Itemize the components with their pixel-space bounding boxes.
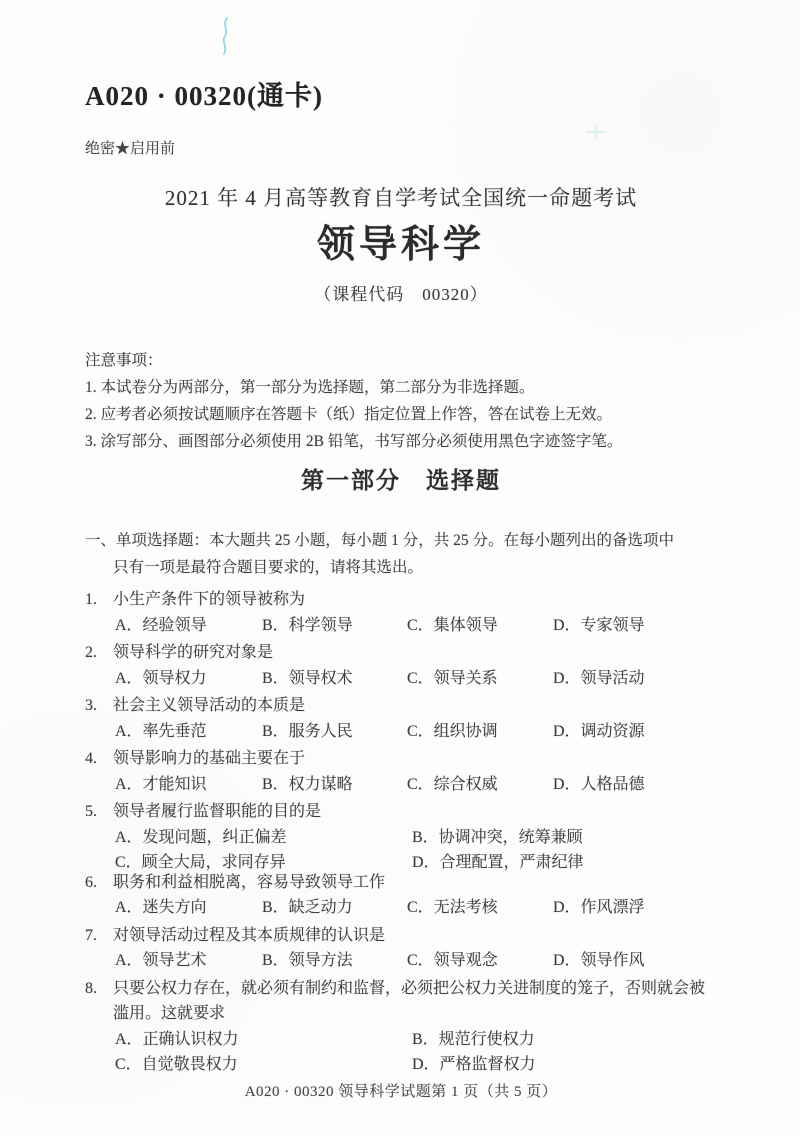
notice-item: 1. 本试卷分为两部分，第一部分为选择题，第二部分为非选择题。 bbox=[85, 374, 717, 401]
question-number: 6. bbox=[85, 870, 97, 896]
option: D．领导活动 bbox=[553, 666, 717, 691]
question-stem-row: 3.社会主义领导活动的本质是 bbox=[85, 693, 717, 719]
option: A．发现问题，纠正偏差 bbox=[115, 825, 412, 850]
option: D．调动资源 bbox=[553, 719, 717, 744]
question-number: 4. bbox=[85, 746, 97, 772]
notices-heading: 注意事项： bbox=[85, 347, 717, 374]
question-stem-row: 7.对领导活动过程及其本质规律的认识是 bbox=[85, 923, 717, 949]
option: C．领导关系 bbox=[407, 666, 553, 691]
subject-title: 领导科学 bbox=[85, 219, 717, 271]
questions-list: 1.小生产条件下的领导被称为A．经验领导B．科学领导C．集体领导D．专家领导2.… bbox=[85, 587, 717, 1077]
page-content: A020 · 00320(通卡) 绝密★启用前 2021 年 4 月高等教育自学… bbox=[85, 78, 717, 1101]
option: B．权力谋略 bbox=[262, 772, 407, 797]
question: 3.社会主义领导活动的本质是A．率先垂范B．服务人民C．组织协调D．调动资源 bbox=[85, 693, 717, 744]
options-row: A．领导艺术B．领导方法C．领导观念D．领导作风 bbox=[85, 948, 717, 973]
question-number: 8. bbox=[85, 976, 97, 1002]
option: C．无法考核 bbox=[407, 895, 553, 920]
page-footer: A020 · 00320 领导科学试题第 1 页（共 5 页） bbox=[85, 1080, 717, 1101]
notice-item: 3. 涂写部分、画图部分必须使用 2B 铅笔，书写部分必须使用黑色字迹签字笔。 bbox=[85, 428, 717, 455]
pen-scribble-icon bbox=[218, 16, 234, 56]
options-row: A．才能知识B．权力谋略C．综合权威D．人格品德 bbox=[85, 772, 717, 797]
question-stem: 小生产条件下的领导被称为 bbox=[113, 591, 305, 608]
question-stem: 只要公权力存在，就必须有制约和监督，必须把公权力关进制度的笼子，否则就会被滥用。… bbox=[113, 980, 705, 1023]
option: D．专家领导 bbox=[553, 613, 717, 638]
exam-session-title: 2021 年 4 月高等教育自学考试全国统一命题考试 bbox=[85, 183, 717, 213]
question-number: 3. bbox=[85, 693, 97, 719]
secrecy-label: 绝密★启用前 bbox=[85, 138, 717, 160]
option: A．才能知识 bbox=[115, 772, 262, 797]
question-number: 1. bbox=[85, 587, 97, 613]
booklet-code: A020 · 00320(通卡) bbox=[85, 78, 717, 114]
option: D．严格监督权力 bbox=[412, 1052, 717, 1077]
course-code: （课程代码 00320） bbox=[85, 283, 717, 307]
options-row: A．迷失方向B．缺乏动力C．无法考核D．作风漂浮 bbox=[85, 895, 717, 920]
question-stem: 领导科学的研究对象是 bbox=[113, 644, 273, 661]
options-row: A．经验领导B．科学领导C．集体领导D．专家领导 bbox=[85, 613, 717, 638]
question-stem-row: 1.小生产条件下的领导被称为 bbox=[85, 587, 717, 613]
notice-item: 2. 应考者必须按试题顺序在答题卡（纸）指定位置上作答，答在试卷上无效。 bbox=[85, 401, 717, 428]
section-intro-line1: 一、单项选择题：本大题共 25 小题，每小题 1 分，共 25 分。在每小题列出… bbox=[85, 532, 674, 549]
question: 1.小生产条件下的领导被称为A．经验领导B．科学领导C．集体领导D．专家领导 bbox=[85, 587, 717, 638]
option: B．服务人民 bbox=[262, 719, 407, 744]
option: A．迷失方向 bbox=[115, 895, 262, 920]
options-row: A．正确认识权力B．规范行使权力C．自觉敬畏权力D．严格监督权力 bbox=[85, 1027, 717, 1077]
option: C．综合权威 bbox=[407, 772, 553, 797]
question-stem: 领导者履行监督职能的目的是 bbox=[113, 803, 321, 820]
option: B．协调冲突，统筹兼顾 bbox=[412, 825, 717, 850]
option: C．领导观念 bbox=[407, 948, 553, 973]
exam-paper-page: A020 · 00320(通卡) 绝密★启用前 2021 年 4 月高等教育自学… bbox=[0, 0, 800, 1136]
option: B．规范行使权力 bbox=[412, 1027, 717, 1052]
question: 4.领导影响力的基础主要在于A．才能知识B．权力谋略C．综合权威D．人格品德 bbox=[85, 746, 717, 797]
options-row: A．领导权力B．领导权术C．领导关系D．领导活动 bbox=[85, 666, 717, 691]
question-stem-row: 8.只要公权力存在，就必须有制约和监督，必须把公权力关进制度的笼子，否则就会被滥… bbox=[85, 976, 717, 1027]
options-row: A．发现问题，纠正偏差B．协调冲突，统筹兼顾C．顾全大局，求同存异D．合理配置，… bbox=[85, 825, 717, 875]
options-row: A．率先垂范B．服务人民C．组织协调D．调动资源 bbox=[85, 719, 717, 744]
option: A．领导艺术 bbox=[115, 948, 262, 973]
option: D．作风漂浮 bbox=[553, 895, 717, 920]
section-intro: 一、单项选择题：本大题共 25 小题，每小题 1 分，共 25 分。在每小题列出… bbox=[85, 527, 717, 581]
question: 5.领导者履行监督职能的目的是A．发现问题，纠正偏差B．协调冲突，统筹兼顾C．顾… bbox=[85, 799, 717, 875]
option: A．正确认识权力 bbox=[115, 1027, 412, 1052]
option: C．集体领导 bbox=[407, 613, 553, 638]
option: A．率先垂范 bbox=[115, 719, 262, 744]
option: B．领导权术 bbox=[262, 666, 407, 691]
notices-list: 1. 本试卷分为两部分，第一部分为选择题，第二部分为非选择题。2. 应考者必须按… bbox=[85, 374, 717, 455]
question: 2.领导科学的研究对象是A．领导权力B．领导权术C．领导关系D．领导活动 bbox=[85, 640, 717, 691]
question-stem: 职务和利益相脱离，容易导致领导工作 bbox=[113, 874, 385, 891]
question-stem-row: 2.领导科学的研究对象是 bbox=[85, 640, 717, 666]
question-number: 5. bbox=[85, 799, 97, 825]
question: 7.对领导活动过程及其本质规律的认识是A．领导艺术B．领导方法C．领导观念D．领… bbox=[85, 923, 717, 974]
option: D．领导作风 bbox=[553, 948, 717, 973]
question: 6.职务和利益相脱离，容易导致领导工作A．迷失方向B．缺乏动力C．无法考核D．作… bbox=[85, 870, 717, 921]
option: D．人格品德 bbox=[553, 772, 717, 797]
question-stem-row: 4.领导影响力的基础主要在于 bbox=[85, 746, 717, 772]
question-stem-row: 5.领导者履行监督职能的目的是 bbox=[85, 799, 717, 825]
question-stem: 社会主义领导活动的本质是 bbox=[113, 697, 305, 714]
option: C．自觉敬畏权力 bbox=[115, 1052, 412, 1077]
question-number: 7. bbox=[85, 923, 97, 949]
option: A．经验领导 bbox=[115, 613, 262, 638]
question-stem: 领导影响力的基础主要在于 bbox=[113, 750, 305, 767]
option: A．领导权力 bbox=[115, 666, 262, 691]
option: B．领导方法 bbox=[262, 948, 407, 973]
option: B．缺乏动力 bbox=[262, 895, 407, 920]
option: B．科学领导 bbox=[262, 613, 407, 638]
question-stem: 对领导活动过程及其本质规律的认识是 bbox=[113, 927, 385, 944]
question-number: 2. bbox=[85, 640, 97, 666]
question-stem-row: 6.职务和利益相脱离，容易导致领导工作 bbox=[85, 870, 717, 896]
section-intro-line2: 只有一项是最符合题目要求的，请将其选出。 bbox=[85, 554, 717, 581]
option: C．组织协调 bbox=[407, 719, 553, 744]
question: 8.只要公权力存在，就必须有制约和监督，必须把公权力关进制度的笼子，否则就会被滥… bbox=[85, 976, 717, 1077]
part-one-heading: 第一部分 选择题 bbox=[85, 465, 717, 497]
